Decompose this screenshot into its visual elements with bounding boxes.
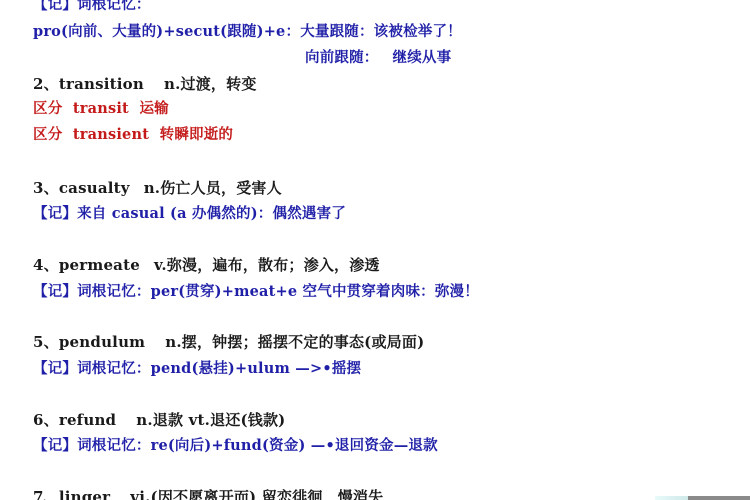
entry1-memo-label: 【记】词根记忆： bbox=[33, 0, 151, 14]
entry7-word: 7、linger bbox=[33, 488, 110, 500]
entry4-definition: v.弥漫，遍布，散布；渗入，渗透 bbox=[154, 256, 380, 274]
entry6-definition: n.退款 vt.退还(钱款) bbox=[136, 411, 285, 429]
contrast-word: transit bbox=[73, 100, 129, 117]
entry3-memo: 【记】来自 casual (a 办偶然的)：偶然遇害了 bbox=[33, 205, 346, 223]
entry1-meaning-b: 继续从事 bbox=[393, 49, 452, 66]
entry3-word: 3、casualty bbox=[33, 179, 130, 197]
entry5-memo: 【记】词根记忆：pend(悬挂)+ulum —>•摇摆 bbox=[33, 360, 361, 378]
entry5-word: 5、pendulum bbox=[33, 333, 145, 351]
entry1-root: pro(向前、大量的)+secut(跟随)+e： bbox=[33, 23, 300, 40]
entry3-definition: n.伤亡人员，受害人 bbox=[144, 179, 282, 197]
entry7-definition: vi.(因不愿离开而) 留恋徘徊，慢消失 bbox=[130, 488, 383, 500]
entry2-contrast-1: 区分 transit 运输 bbox=[33, 100, 169, 118]
entry6-heading: 6、refundn.退款 vt.退还(钱款) bbox=[33, 411, 285, 429]
entry5-definition: n.摆，钟摆；摇摆不定的事态(或局面) bbox=[165, 333, 424, 351]
entry2-word: 2、transition bbox=[33, 75, 144, 93]
entry6-word: 6、refund bbox=[33, 411, 116, 429]
contrast-meaning: 运输 bbox=[139, 100, 168, 117]
entry7-heading: 7、lingervi.(因不愿离开而) 留恋徘徊，慢消失 bbox=[33, 488, 383, 500]
entry4-heading: 4、permeatev.弥漫，遍布，散布；渗入，渗透 bbox=[33, 256, 380, 274]
entry4-word: 4、permeate bbox=[33, 256, 140, 274]
entry3-heading: 3、casualtyn.伤亡人员，受害人 bbox=[33, 179, 282, 197]
entry2-definition: n.过渡，转变 bbox=[164, 75, 257, 93]
entry1-meaning-b-label: 向前跟随： bbox=[305, 49, 379, 66]
entry6-memo: 【记】词根记忆：re(向后)+fund(资金) —•退回资金—退款 bbox=[33, 437, 438, 455]
contrast-word: transient bbox=[73, 126, 149, 143]
entry2-heading: 2、transitionn.过渡，转变 bbox=[33, 75, 257, 93]
bottom-edge-bar bbox=[688, 496, 750, 500]
vocabulary-notes-page: 【记】词根记忆： pro(向前、大量的)+secut(跟随)+e：大量跟随：该被… bbox=[0, 0, 750, 500]
entry1-meaning-a: 大量跟随：该被检举了！ bbox=[300, 23, 462, 40]
contrast-label: 区分 bbox=[33, 100, 62, 117]
entry4-memo: 【记】词根记忆：per(贯穿)+meat+e 空气中贯穿着肉味：弥漫！ bbox=[33, 283, 479, 301]
bottom-edge-artifact bbox=[655, 496, 688, 500]
contrast-meaning: 转瞬即逝的 bbox=[160, 126, 234, 143]
entry1-meaning-b-line: 向前跟随：继续从事 bbox=[305, 49, 451, 67]
contrast-label: 区分 bbox=[33, 126, 62, 143]
entry1-root-line: pro(向前、大量的)+secut(跟随)+e：大量跟随：该被检举了！ bbox=[33, 23, 462, 41]
entry2-contrast-2: 区分 transient 转瞬即逝的 bbox=[33, 126, 233, 144]
entry5-heading: 5、pendulumn.摆，钟摆；摇摆不定的事态(或局面) bbox=[33, 333, 424, 351]
